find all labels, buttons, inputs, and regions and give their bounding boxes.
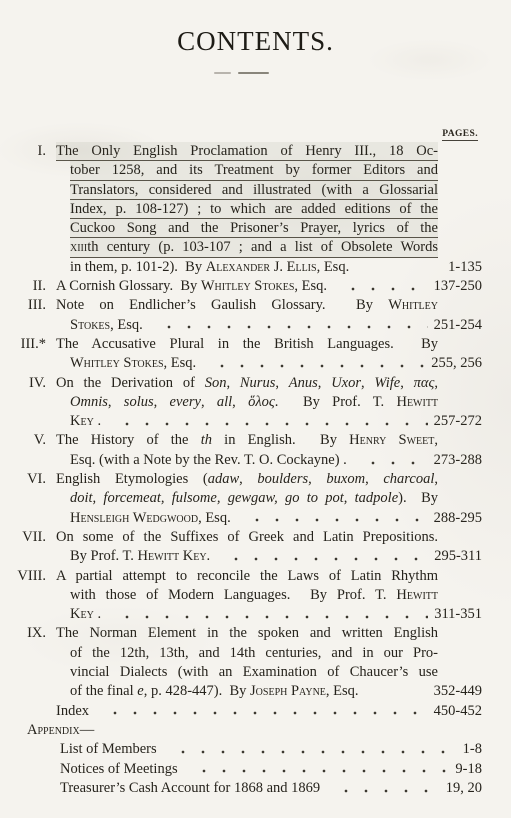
toc-entry: III.*The Accusative Plural in the Britis…	[8, 335, 482, 374]
page-range: 273-288	[434, 451, 482, 470]
entry-number: VII.	[8, 528, 56, 567]
toc-entry: VIII.A partial attempt to reconcile the …	[8, 567, 482, 625]
entry-line-text: Treasurer’s Cash Account for 1868 and 18…	[60, 779, 320, 798]
divider-dash-long	[238, 72, 269, 74]
text-segment: Stokes	[70, 317, 110, 333]
text-segment: ,	[434, 432, 438, 448]
text-segment: buxom	[326, 471, 365, 487]
entry-line: By Prof. T. Hewitt Key.295-311	[70, 547, 482, 566]
text-segment: Esq. (with a Note by the Rev. T. O. Cock…	[70, 452, 347, 468]
entry-number: III.	[8, 296, 56, 335]
text-segment: Key	[70, 413, 94, 429]
text-segment: Note on Endlicher’s Gaulish Glossary. By	[56, 297, 388, 313]
entry-text: The Norman Element in the spoken and wri…	[56, 624, 482, 701]
entry-line-text: Notices of Meetings	[60, 760, 178, 779]
entry-line-text: Index	[56, 702, 89, 721]
toc-entry: IX.The Norman Element in the spoken and …	[8, 624, 482, 701]
text-segment: ,	[154, 394, 170, 410]
entry-line: Hensleigh Wedgwood, Esq.288-295	[70, 509, 482, 528]
entry-line: The Only English Proclamation of Henry I…	[56, 142, 438, 161]
text-segment: Joseph Payne	[250, 683, 326, 699]
entry-line: A Cornish Glossary. By Whitley Stokes, E…	[56, 277, 482, 296]
text-segment: all	[217, 394, 232, 410]
text-segment: adaw	[208, 471, 239, 487]
text-segment: vincial Dialects (with an Examination of…	[70, 664, 438, 680]
text-segment: ,	[434, 471, 438, 487]
entry-line-text: Esq. (with a Note by the Rev. T. O. Cock…	[70, 451, 347, 470]
entry-number: IX.	[8, 624, 56, 701]
entry-text: English Etymologies (adaw, boulders, bux…	[56, 470, 482, 528]
text-segment: Alexander J. Ellis	[206, 259, 317, 275]
text-segment: every	[170, 394, 201, 410]
page-range: 19, 20	[446, 779, 482, 798]
text-segment: ,	[201, 394, 217, 410]
text-segment: charcoal	[383, 471, 434, 487]
dot-leader	[186, 760, 450, 779]
text-segment: , Esq.	[317, 259, 350, 275]
entry-number: III.*	[8, 335, 56, 374]
text-segment: ,	[361, 375, 374, 391]
page-range: 251-254	[434, 316, 482, 335]
page-range: 257-272	[434, 412, 482, 431]
text-segment: , Esq.	[110, 317, 143, 333]
text-segment: . By Prof. T.	[275, 394, 397, 410]
text-segment: Notices of Meetings	[60, 761, 178, 777]
text-segment: .	[94, 606, 101, 622]
entry-number: VIII.	[8, 567, 56, 625]
appendix-item: List of Members1-8	[8, 740, 482, 759]
text-segment: ,	[400, 375, 413, 391]
entry-line: Key .257-272	[70, 412, 482, 431]
entry-line: tober 1258, and its Treatment by former …	[70, 161, 438, 180]
entry-number: IV.	[8, 374, 56, 432]
appendix-heading-word: Appendix	[27, 722, 80, 738]
text-segment: ,	[239, 471, 257, 487]
toc-entry: I.The Only English Proclamation of Henry…	[8, 142, 482, 277]
appendix-item: Treasurer’s Cash Account for 1868 and 18…	[8, 779, 482, 798]
appendix-item: Notices of Meetings9-18	[8, 760, 482, 779]
text-segment: ,	[318, 375, 331, 391]
dot-leader	[109, 605, 428, 624]
text-segment: The History of the	[56, 432, 201, 448]
appendix-heading-dash: —	[80, 722, 95, 738]
dot-leader	[109, 412, 428, 431]
dot-leader	[239, 509, 428, 528]
text-segment: in English. By	[212, 432, 349, 448]
leader-spacer	[367, 682, 428, 701]
entry-text: A Cornish Glossary. By Whitley Stokes, E…	[56, 277, 482, 296]
page-range: 255, 256	[431, 354, 482, 373]
text-segment: ,	[308, 471, 326, 487]
text-segment: ,	[226, 375, 239, 391]
text-segment: Henry Sweet	[349, 432, 434, 448]
text-segment: boulders	[257, 471, 308, 487]
divider-ornament	[210, 72, 274, 74]
entry-line: English Etymologies (adaw, boulders, bux…	[56, 470, 438, 489]
text-segment: On the Derivation of	[56, 375, 205, 391]
toc-entry: II.A Cornish Glossary. By Whitley Stokes…	[8, 277, 482, 296]
entry-text: The Only English Proclamation of Henry I…	[56, 142, 482, 277]
dot-leader	[97, 702, 428, 721]
text-segment: πας	[414, 375, 435, 391]
entry-text: On some of the Suffixes of Greek and Lat…	[56, 528, 482, 567]
entry-line: of the final e, p. 428-447). By Joseph P…	[70, 682, 482, 701]
text-segment: Hewitt Key	[138, 548, 207, 564]
scanned-book-page: { "page": { "title": "CONTENTS.", "pages…	[0, 0, 511, 818]
appendix-heading: Appendix—	[27, 721, 482, 740]
page-range: 288-295	[434, 509, 482, 528]
entry-line: Index450-452	[56, 702, 482, 721]
text-segment: Index, p. 108-127) ; to which are added …	[70, 201, 438, 217]
entry-line-text: A Cornish Glossary. By Whitley Stokes, E…	[56, 277, 327, 296]
text-segment: ,	[365, 471, 383, 487]
entry-number: VI.	[8, 470, 56, 528]
text-segment: Omnis	[70, 394, 108, 410]
entry-text: Note on Endlicher’s Gaulish Glossary. By…	[56, 296, 482, 335]
dot-leader	[151, 316, 428, 335]
text-segment: Wife	[374, 375, 400, 391]
text-segment: English Etymologies (	[56, 471, 208, 487]
text-segment: Cuckoo Song and the Prisoner’s Prayer, l…	[70, 220, 438, 236]
entry-line: xiiith century (p. 103-107 ; and a list …	[70, 238, 438, 257]
text-segment: The Accusative Plural in the British Lan…	[56, 336, 438, 352]
entry-line-text: in them, p. 101-2). By Alexander J. Elli…	[70, 258, 349, 277]
page-range: 450-452	[434, 702, 482, 721]
entry-line-text: Whitley Stokes, Esq.	[70, 354, 196, 373]
entry-line-text: List of Members	[60, 740, 157, 759]
table-of-contents: I.The Only English Proclamation of Henry…	[8, 142, 482, 798]
page-range: 1-135	[448, 258, 482, 277]
page-range: 352-449	[434, 682, 482, 701]
text-segment: , p. 428-447). By	[144, 683, 250, 699]
text-segment: Whitley Stokes	[201, 278, 295, 294]
entry-line: Index, p. 108-127) ; to which are added …	[70, 200, 438, 219]
dot-leader	[204, 354, 425, 373]
entry-line: The Accusative Plural in the British Lan…	[56, 335, 438, 354]
text-segment: Son	[205, 375, 227, 391]
entry-line: Omnis, solus, every, all, ὅλος. By Prof.…	[70, 393, 438, 412]
entry-line-text: of the final e, p. 428-447). By Joseph P…	[70, 682, 359, 701]
text-segment: , Esq.	[198, 510, 231, 526]
text-segment: Whitley	[388, 297, 438, 313]
page-range: 1-8	[463, 740, 482, 759]
entry-line: Whitley Stokes, Esq.255, 256	[70, 354, 482, 373]
entry-line-text: Key .	[70, 605, 101, 624]
text-segment: xiii	[70, 239, 87, 255]
text-segment: Index	[56, 703, 89, 719]
entry-line: On the Derivation of Son, Nurus, Anus, U…	[56, 374, 438, 393]
text-segment: A Cornish Glossary. By	[56, 278, 201, 294]
text-segment: ). By	[398, 490, 438, 506]
entry-text: On the Derivation of Son, Nurus, Anus, U…	[56, 374, 482, 432]
text-segment: .	[94, 413, 101, 429]
text-segment: Nurus	[240, 375, 275, 391]
text-segment: ,	[232, 394, 248, 410]
entry-number: V.	[8, 431, 56, 470]
page-title: CONTENTS.	[0, 26, 511, 57]
entry-text: The Accusative Plural in the British Lan…	[56, 335, 482, 374]
text-segment: Translators, considered and illustrated …	[70, 182, 438, 198]
text-segment: in them, p. 101-2). By	[70, 259, 206, 275]
dot-leader	[355, 451, 428, 470]
entry-line: Note on Endlicher’s Gaulish Glossary. By…	[56, 296, 438, 315]
text-segment: By Prof. T.	[70, 548, 138, 564]
dot-leader	[328, 779, 440, 798]
entry-line: Cuckoo Song and the Prisoner’s Prayer, l…	[70, 219, 438, 238]
dot-leader	[218, 547, 428, 566]
text-segment: The Norman Element in the spoken and wri…	[56, 625, 438, 641]
entry-number	[8, 702, 56, 721]
entry-line-text: Stokes, Esq.	[70, 316, 143, 335]
text-segment: solus	[124, 394, 154, 410]
text-segment: , Esq.	[164, 355, 197, 371]
text-segment: ,	[275, 375, 288, 391]
text-segment: On some of the Suffixes of Greek and Lat…	[56, 529, 438, 545]
text-segment: Key	[70, 606, 94, 622]
entry-line: of the 12th, 13th, and 14th centuries, a…	[70, 644, 438, 663]
entry-line-text: By Prof. T. Hewitt Key.	[70, 547, 210, 566]
entry-line: in them, p. 101-2). By Alexander J. Elli…	[70, 258, 482, 277]
text-segment: Whitley Stokes	[70, 355, 164, 371]
text-segment: Hensleigh Wedgwood	[70, 510, 198, 526]
toc-list: I.The Only English Proclamation of Henry…	[8, 142, 482, 721]
entry-line: Stokes, Esq.251-254	[70, 316, 482, 335]
text-segment: of the 12th, 13th, and 14th centuries, a…	[70, 645, 438, 661]
text-segment: , Esq.	[326, 683, 359, 699]
text-segment: ,	[108, 394, 124, 410]
text-segment: Hewitt	[396, 394, 438, 410]
toc-entry: VII.On some of the Suffixes of Greek and…	[8, 528, 482, 567]
dot-leader	[165, 740, 457, 759]
entry-line: Esq. (with a Note by the Rev. T. O. Cock…	[70, 451, 482, 470]
entry-line: The Norman Element in the spoken and wri…	[56, 624, 438, 643]
appendix-list: List of Members1-8Notices of Meetings9-1…	[8, 740, 482, 798]
text-segment: with those of Modern Languages. By Prof.…	[70, 587, 396, 603]
text-segment: Hewitt	[396, 587, 438, 603]
text-segment: Anus	[289, 375, 318, 391]
entry-line: The History of the th in English. By Hen…	[56, 431, 438, 450]
text-segment: The Only English Proclamation of Henry I…	[56, 143, 438, 159]
text-segment: th	[201, 432, 212, 448]
divider-dash-short	[214, 72, 231, 74]
toc-entry: V.The History of the th in English. By H…	[8, 431, 482, 470]
page-range: 9-18	[455, 760, 482, 779]
dot-leader	[335, 277, 428, 296]
page-range: 295-311	[434, 547, 482, 566]
text-segment: List of Members	[60, 741, 157, 757]
entry-line-text: Key .	[70, 412, 101, 431]
text-segment: Uxor	[331, 375, 361, 391]
entry-number: I.	[8, 142, 56, 277]
page-range: 311-351	[434, 605, 482, 624]
entry-line: Key .311-351	[70, 605, 482, 624]
toc-entry: Index450-452	[8, 702, 482, 721]
toc-entry: IV.On the Derivation of Son, Nurus, Anus…	[8, 374, 482, 432]
entry-line: On some of the Suffixes of Greek and Lat…	[56, 528, 438, 547]
entry-text: A partial attempt to reconcile the Laws …	[56, 567, 482, 625]
entry-text: The History of the th in English. By Hen…	[56, 431, 482, 470]
entry-number: II.	[8, 277, 56, 296]
text-segment: of the final	[70, 683, 137, 699]
text-segment: .	[207, 548, 211, 564]
text-segment: Treasurer’s Cash Account for 1868 and 18…	[60, 780, 320, 796]
text-segment: , Esq.	[294, 278, 327, 294]
entry-line-text: Hensleigh Wedgwood, Esq.	[70, 509, 231, 528]
text-segment: ,	[434, 375, 438, 391]
toc-entry: III.Note on Endlicher’s Gaulish Glossary…	[8, 296, 482, 335]
text-segment: doit, forcemeat, fulsome, gewgaw, go to …	[70, 490, 398, 506]
text-segment: tober 1258, and its Treatment by former …	[70, 162, 438, 178]
entry-line: with those of Modern Languages. By Prof.…	[70, 586, 438, 605]
page-range: 137-250	[434, 277, 482, 296]
text-segment: A partial attempt to reconcile the Laws …	[56, 568, 438, 584]
entry-line: vincial Dialects (with an Examination of…	[70, 663, 438, 682]
text-segment: ὅλος	[248, 394, 275, 410]
entry-line: Translators, considered and illustrated …	[70, 181, 438, 200]
entry-line: A partial attempt to reconcile the Laws …	[56, 567, 438, 586]
entry-text: Index450-452	[56, 702, 482, 721]
toc-entry: VI.English Etymologies (adaw, boulders, …	[8, 470, 482, 528]
leader-spacer	[357, 258, 442, 277]
entry-line: doit, forcemeat, fulsome, gewgaw, go to …	[70, 489, 438, 508]
text-segment: th century (p. 103-107 ; and a list of O…	[87, 239, 438, 255]
pages-column-label: PAGES.	[442, 129, 478, 141]
